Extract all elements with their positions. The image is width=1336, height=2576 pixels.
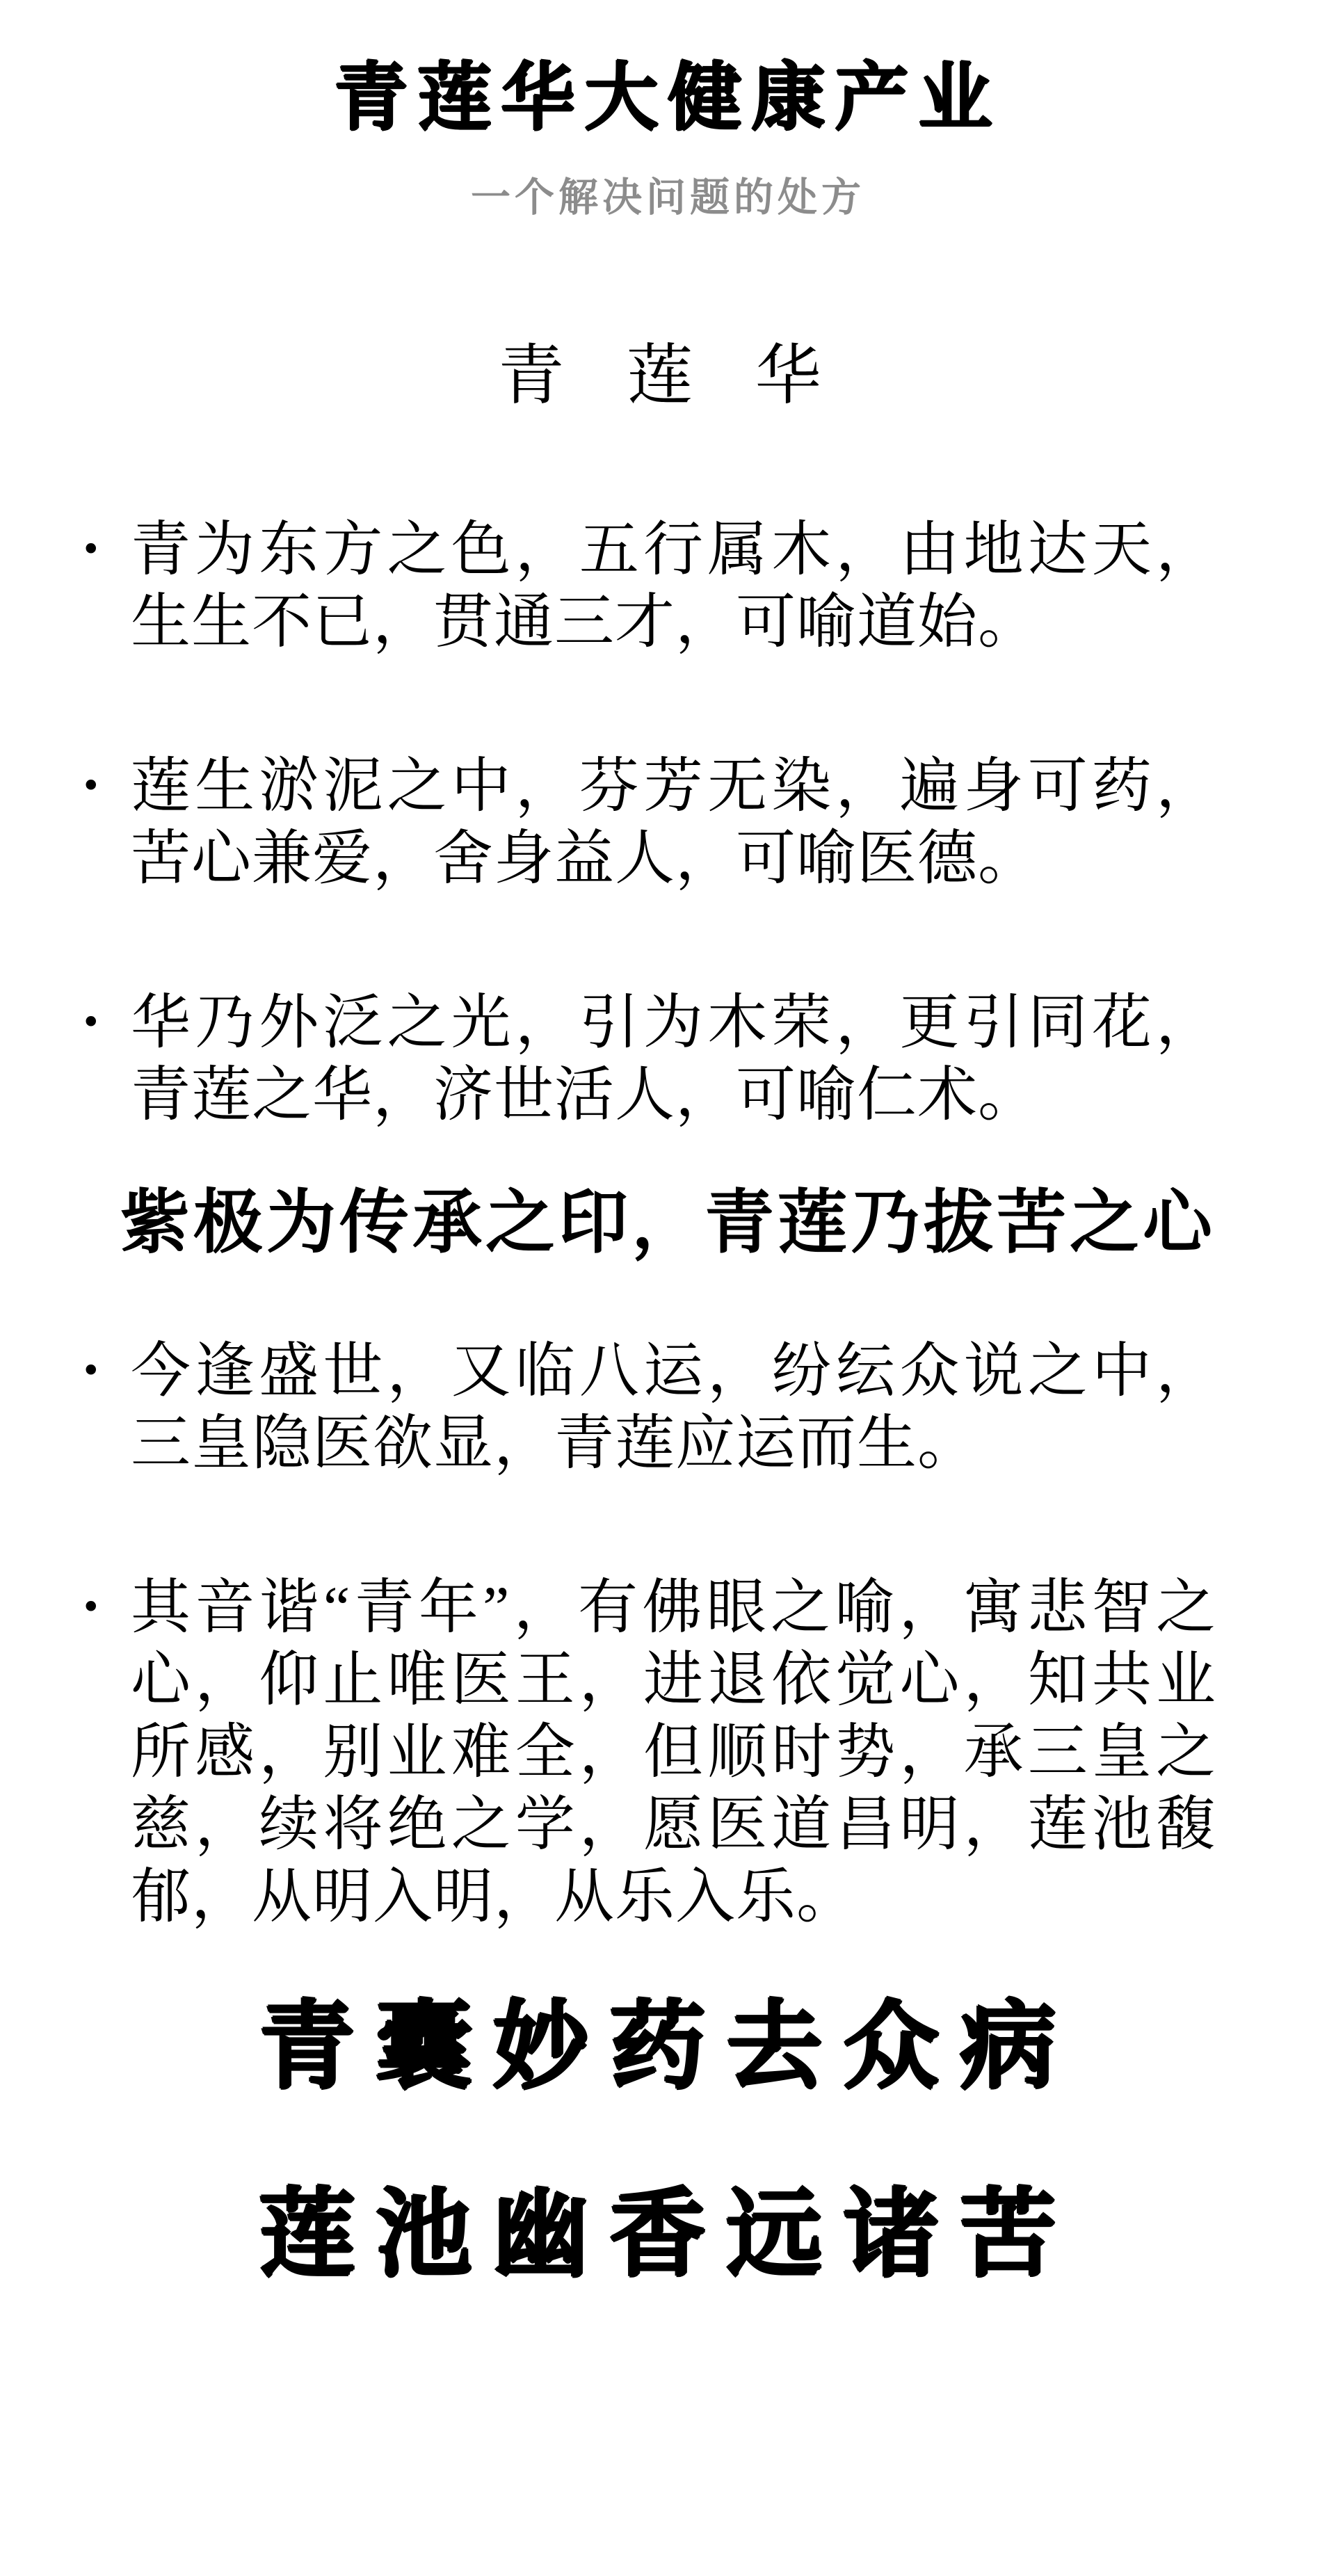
list-item: • 青为东方之色，五行属木，由地达天，生生不已，贯通三才，可喻道始。	[131, 513, 1216, 658]
list-item: • 莲生淤泥之中，芬芳无染，遍身可药，苦心兼爱，舍身益人，可喻医德。	[131, 750, 1216, 894]
bullet-text: 莲生淤泥之中，芬芳无染，遍身可药，苦心兼爱，舍身益人，可喻医德。	[131, 752, 1216, 892]
bullet-icon: •	[81, 513, 102, 586]
bullet-icon: •	[81, 986, 102, 1058]
footer-slogan-2: 莲池幽香远诸苦	[0, 2187, 1336, 2283]
bullet-icon: •	[81, 750, 102, 822]
slide: 青莲华大健康产业 一个解决问题的处方 青 莲 华 • 青为东方之色，五行属木，由…	[0, 0, 1336, 2576]
list-item: • 今逢盛世，又临八运，纷纭众说之中，三皇隐医欲显，青莲应运而生。	[131, 1335, 1216, 1479]
bullet-text: 青为东方之色，五行属木，由地达天，生生不已，贯通三才，可喻道始。	[131, 516, 1216, 655]
bullet-text: 华乃外泛之光，引为木荣，更引同花，青莲之华，济世活人，可喻仁术。	[131, 989, 1216, 1128]
section-heading-ziji-qinglian: 紫极为传承之印，青莲乃拔苦之心	[0, 1186, 1336, 1259]
bullet-text: 今逢盛世，又临八运，纷纭众说之中，三皇隐医欲显，青莲应运而生。	[131, 1337, 1216, 1476]
page-title: 青莲华大健康产业	[0, 0, 1336, 135]
bullet-icon: •	[81, 1335, 102, 1407]
bullet-list-2: • 今逢盛世，又临八运，纷纭众说之中，三皇隐医欲显，青莲应运而生。 • 其音谐“…	[0, 1335, 1336, 1933]
list-item: • 华乃外泛之光，引为木荣，更引同花，青莲之华，济世活人，可喻仁术。	[131, 986, 1216, 1131]
page-subtitle: 一个解决问题的处方	[0, 178, 1336, 218]
bullet-icon: •	[81, 1571, 102, 1643]
bullet-list-1: • 青为东方之色，五行属木，由地达天，生生不已，贯通三才，可喻道始。 • 莲生淤…	[0, 513, 1336, 1131]
bullet-text: 其音谐“青年”，有佛眼之喻，寓悲智之心，仰止唯医王，进退依觉心，知共业所感，别业…	[131, 1574, 1216, 1930]
footer-slogan-1: 青囊妙药去众病	[0, 1999, 1336, 2095]
section-heading-qinglianhua: 青 莲 华	[0, 343, 1336, 409]
list-item: • 其音谐“青年”，有佛眼之喻，寓悲智之心，仰止唯医王，进退依觉心，知共业所感，…	[131, 1571, 1216, 1933]
